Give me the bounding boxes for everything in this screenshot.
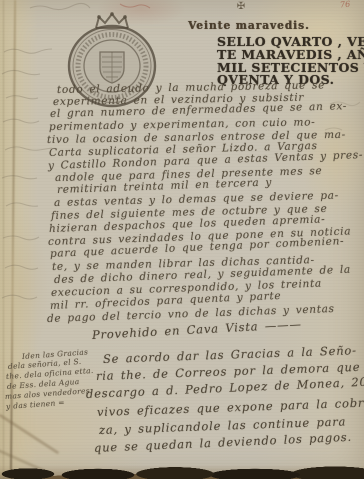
scan-edge-shadow (0, 459, 364, 479)
paper-stain (0, 210, 50, 370)
bottom-left-crease (0, 414, 59, 454)
bottom-left-crease (0, 448, 46, 473)
paper-edge-crease (3, 0, 4, 479)
manuscript-page: ✠ 76 Veinte maravedis. SE (0, 0, 364, 479)
printer-ornament-icon: ✠ (230, 1, 252, 12)
folio-mark: 76 (340, 0, 351, 10)
tax-value-blackletter: Veinte maravedis. (188, 20, 298, 33)
